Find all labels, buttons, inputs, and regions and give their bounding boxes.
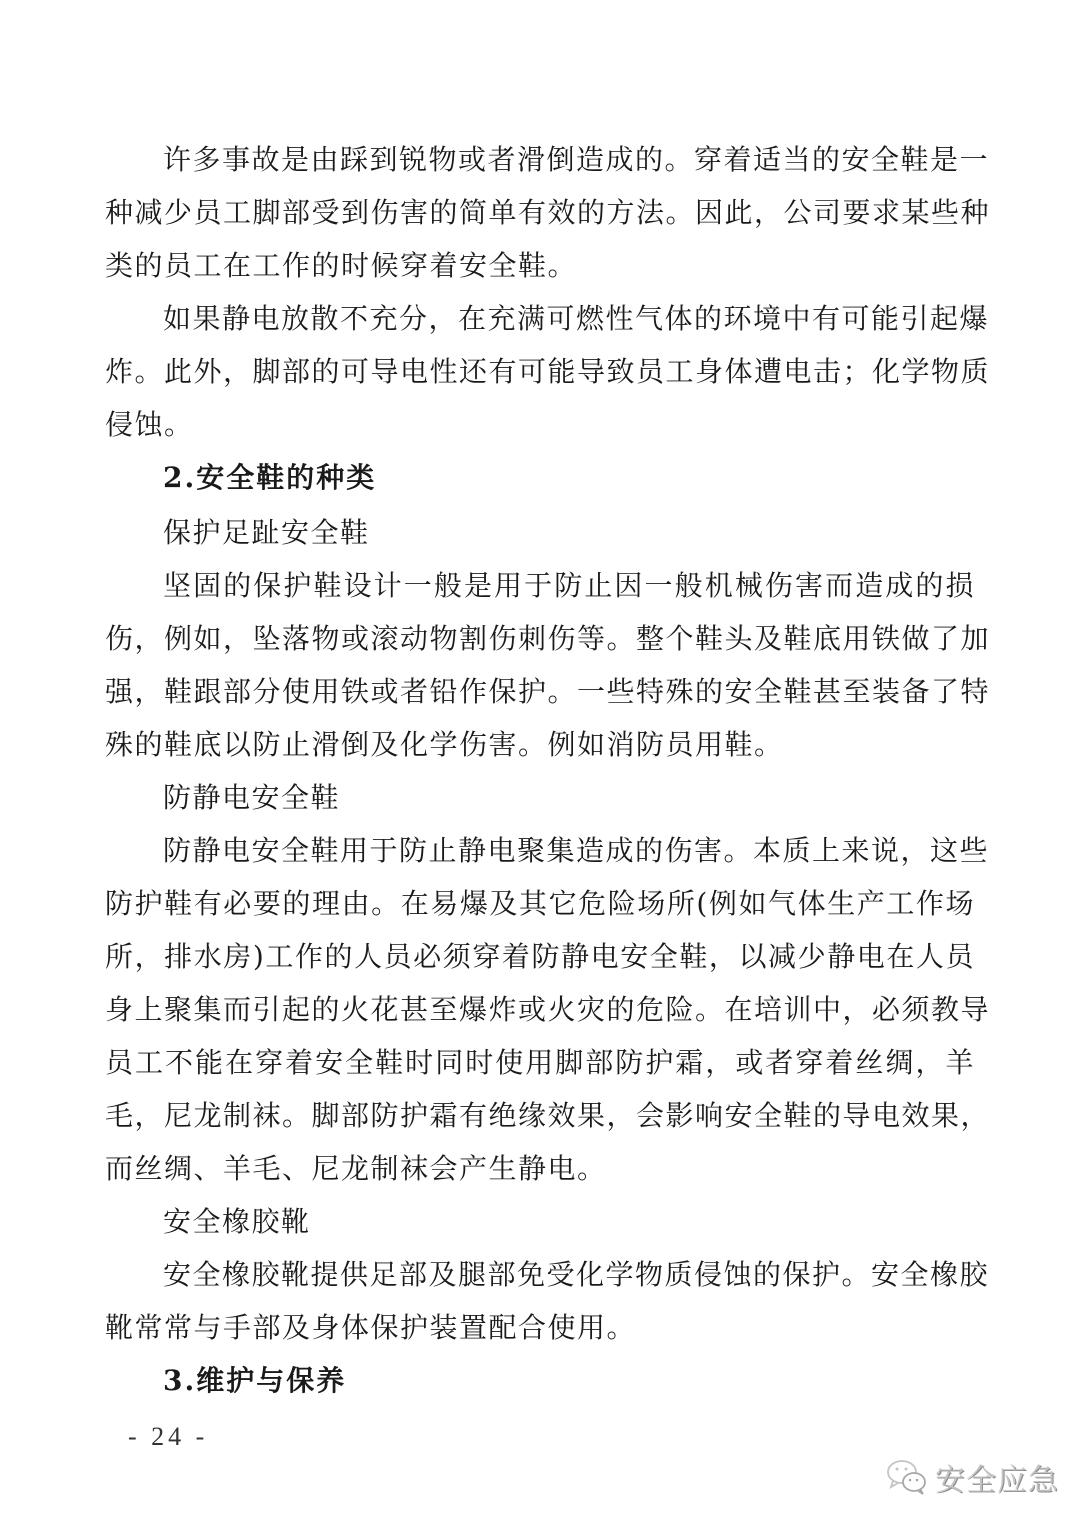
section-heading: 2.安全鞋的种类 (163, 458, 376, 498)
paragraph-line: 殊的鞋底以防止滑倒及化学伤害。例如消防员用鞋。 (105, 725, 784, 765)
paragraph-line: 防护鞋有必要的理由。在易爆及其它危险场所(例如气体生产工作场 (105, 884, 975, 924)
watermark-text: 安全应急 (935, 1455, 1059, 1499)
subsection-heading: 保护足趾安全鞋 (163, 513, 370, 553)
paragraph-line: 如果静电放散不充分，在充满可燃性气体的环境中有可能引起爆 (163, 299, 975, 339)
page-number: - 24 - (128, 1422, 208, 1452)
paragraph-line: 毛，尼龙制袜。脚部防护霜有绝缘效果，会影响安全鞋的导电效果， (105, 1096, 975, 1136)
section-heading: 3.维护与保养 (163, 1361, 346, 1401)
paragraph-line: 而丝绸、羊毛、尼龙制袜会产生静电。 (105, 1149, 607, 1189)
paragraph-line: 强，鞋跟部分使用铁或者铅作保护。一些特殊的安全鞋甚至装备了特 (105, 672, 975, 712)
paragraph-line: 员工不能在穿着安全鞋时同时使用脚部防护霜，或者穿着丝绸，羊 (105, 1043, 975, 1083)
paragraph-line: 靴常常与手部及身体保护装置配合使用。 (105, 1308, 636, 1348)
paragraph-line: 坚固的保护鞋设计一般是用于防止因一般机械伤害而造成的损 (163, 566, 975, 606)
paragraph-line: 身上聚集而引起的火花甚至爆炸或火灾的危险。在培训中，必须教导 (105, 990, 975, 1030)
paragraph-line: 类的员工在工作的时候穿着安全鞋。 (105, 246, 577, 286)
wechat-icon (885, 1457, 929, 1497)
paragraph-line: 安全橡胶靴提供足部及腿部免受化学物质侵蚀的保护。安全橡胶 (163, 1255, 975, 1295)
paragraph-line: 伤，例如，坠落物或滚动物割伤刺伤等。整个鞋头及鞋底用铁做了加 (105, 619, 975, 659)
paragraph-line: 侵蚀。 (105, 405, 194, 445)
paragraph-line: 种减少员工脚部受到伤害的简单有效的方法。因此，公司要求某些种 (105, 193, 975, 233)
subsection-heading: 防静电安全鞋 (163, 778, 340, 818)
paragraph-line: 许多事故是由踩到锐物或者滑倒造成的。穿着适当的安全鞋是一 (163, 140, 975, 180)
paragraph-line: 所，排水房)工作的人员必须穿着防静电安全鞋，以减少静电在人员 (105, 937, 975, 977)
paragraph-line: 炸。此外，脚部的可导电性还有可能导致员工身体遭电击；化学物质 (105, 352, 975, 392)
paragraph-line: 防静电安全鞋用于防止静电聚集造成的伤害。本质上来说，这些 (163, 831, 975, 871)
subsection-heading: 安全橡胶靴 (163, 1202, 311, 1242)
watermark: 安全应急 (885, 1455, 1059, 1499)
